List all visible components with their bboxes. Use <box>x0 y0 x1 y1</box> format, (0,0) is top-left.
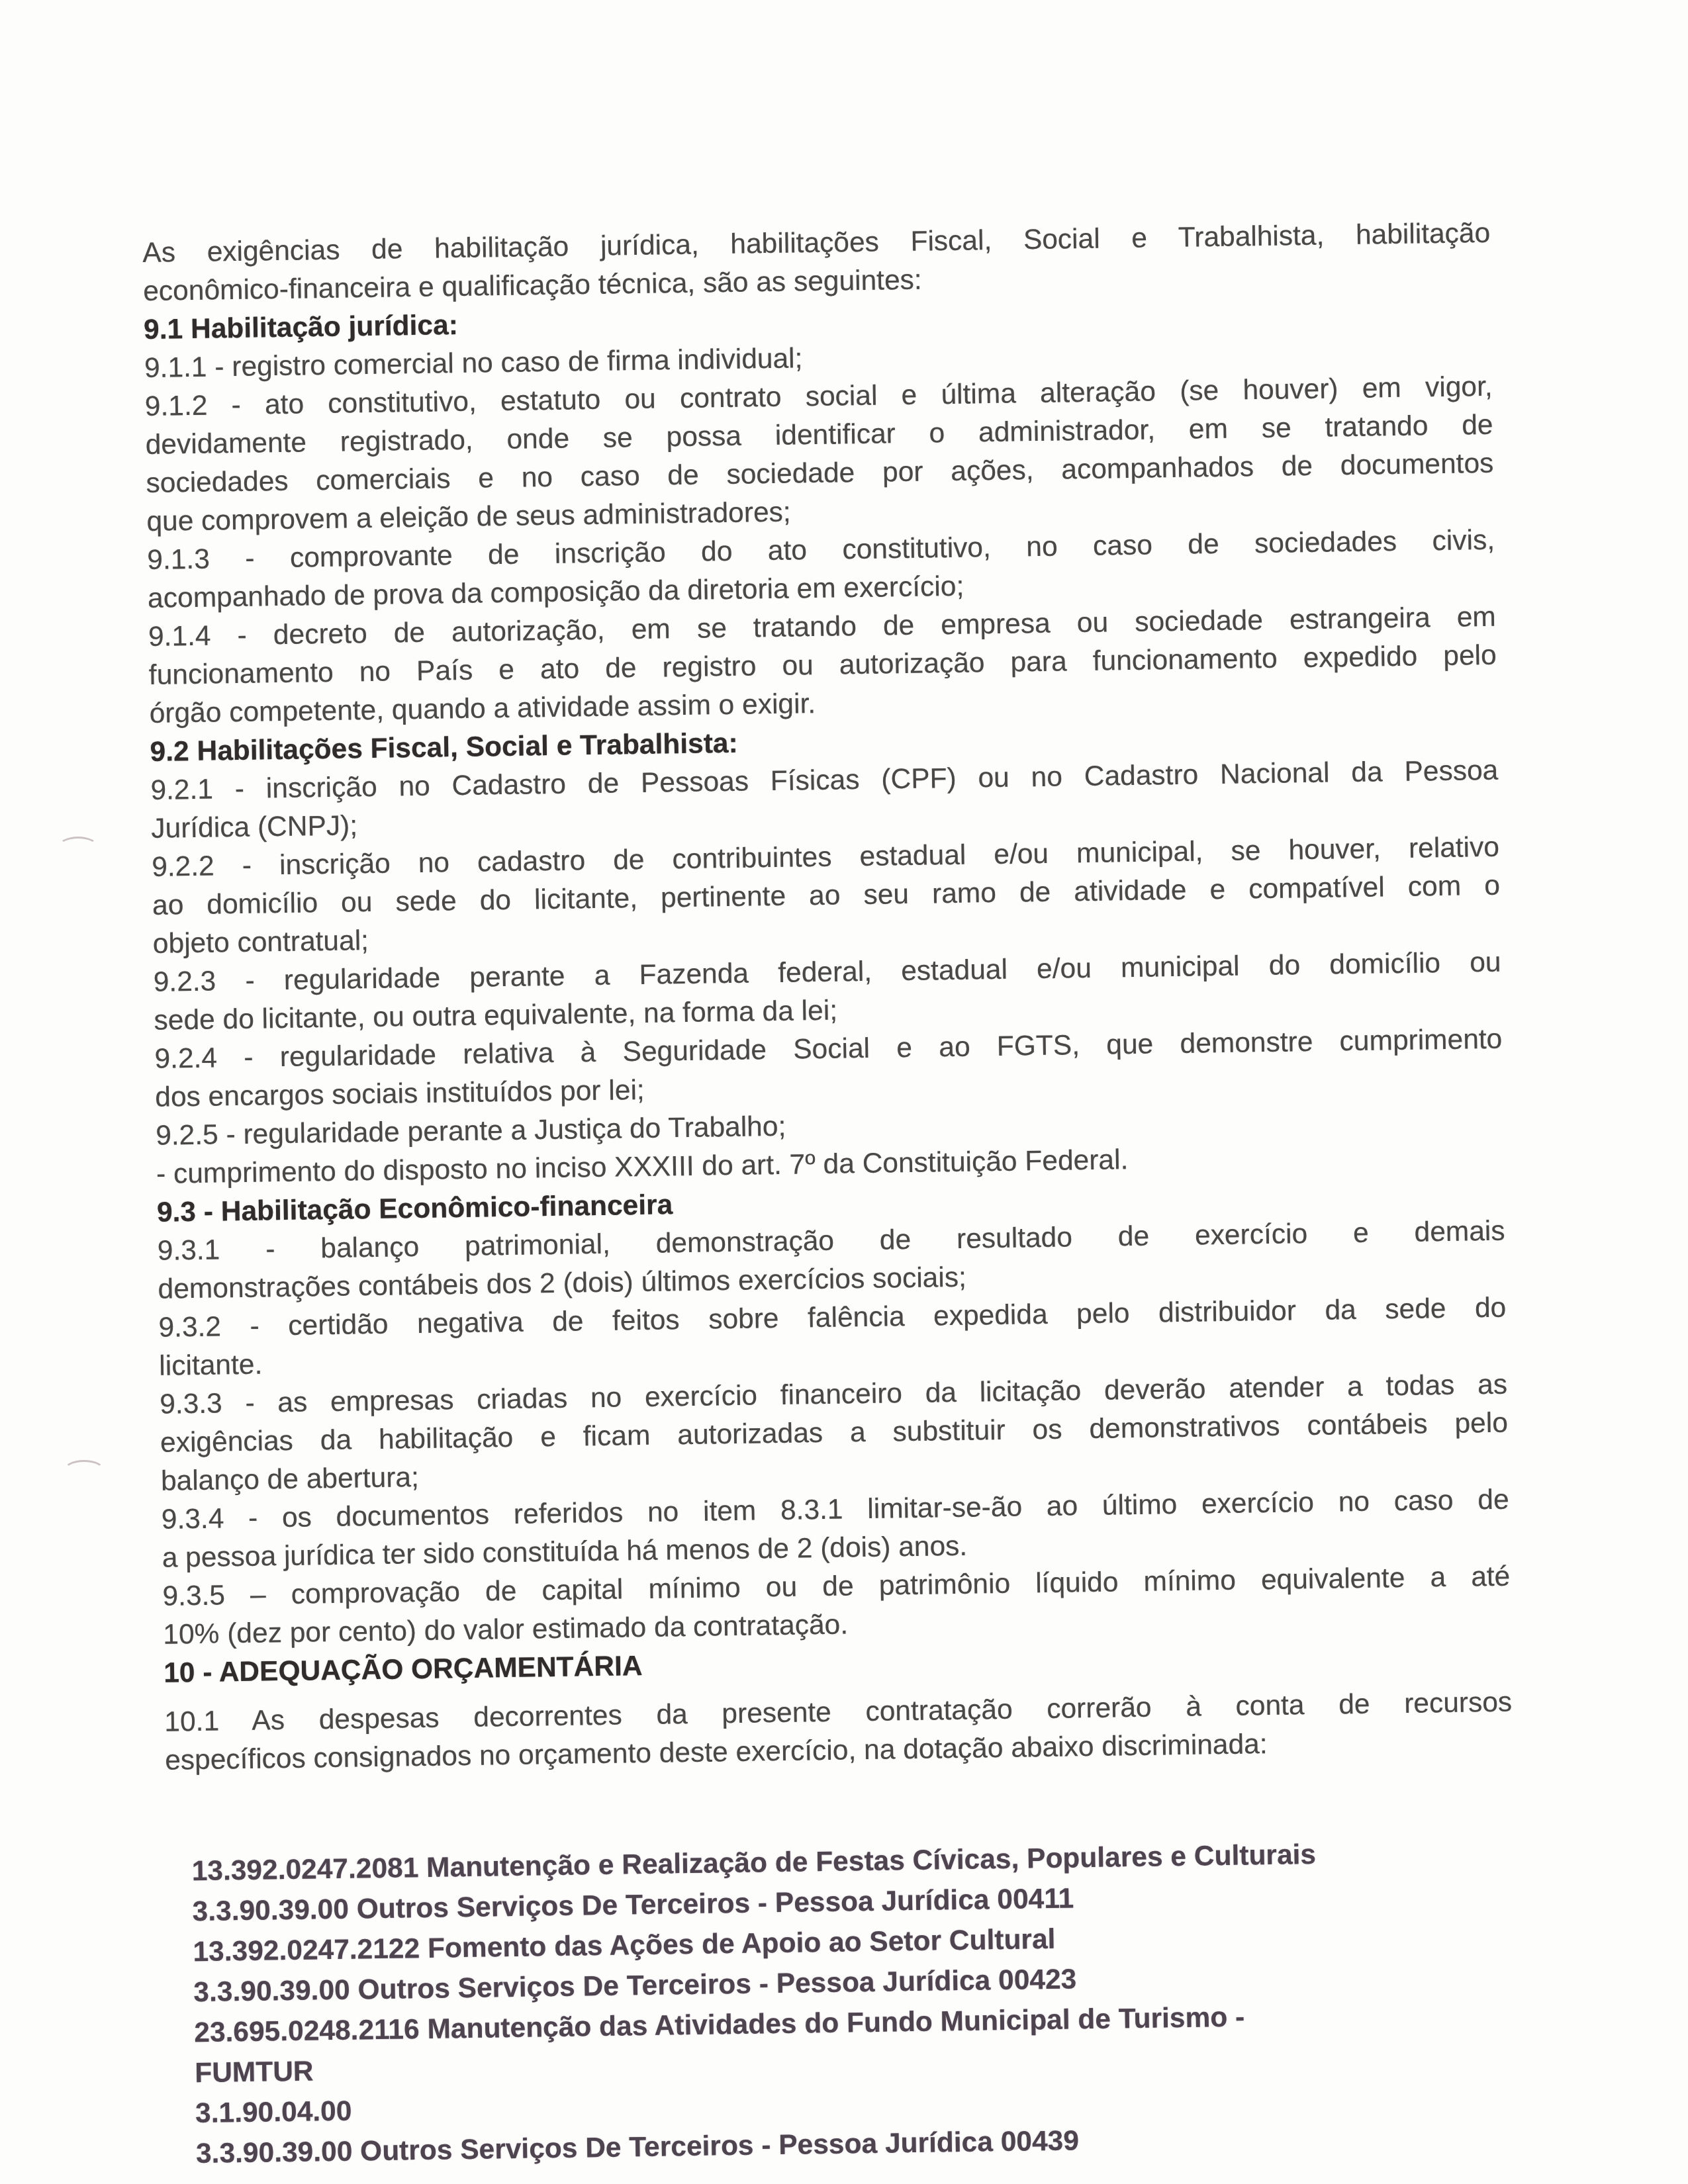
pen-mark-arc-lower <box>63 1460 105 1482</box>
pen-mark-arc-upper <box>58 837 98 856</box>
scanned-document-page: As exigências de habilitação jurídica, h… <box>0 0 1688 2184</box>
text-block: As exigências de habilitação jurídica, h… <box>142 214 1519 2175</box>
